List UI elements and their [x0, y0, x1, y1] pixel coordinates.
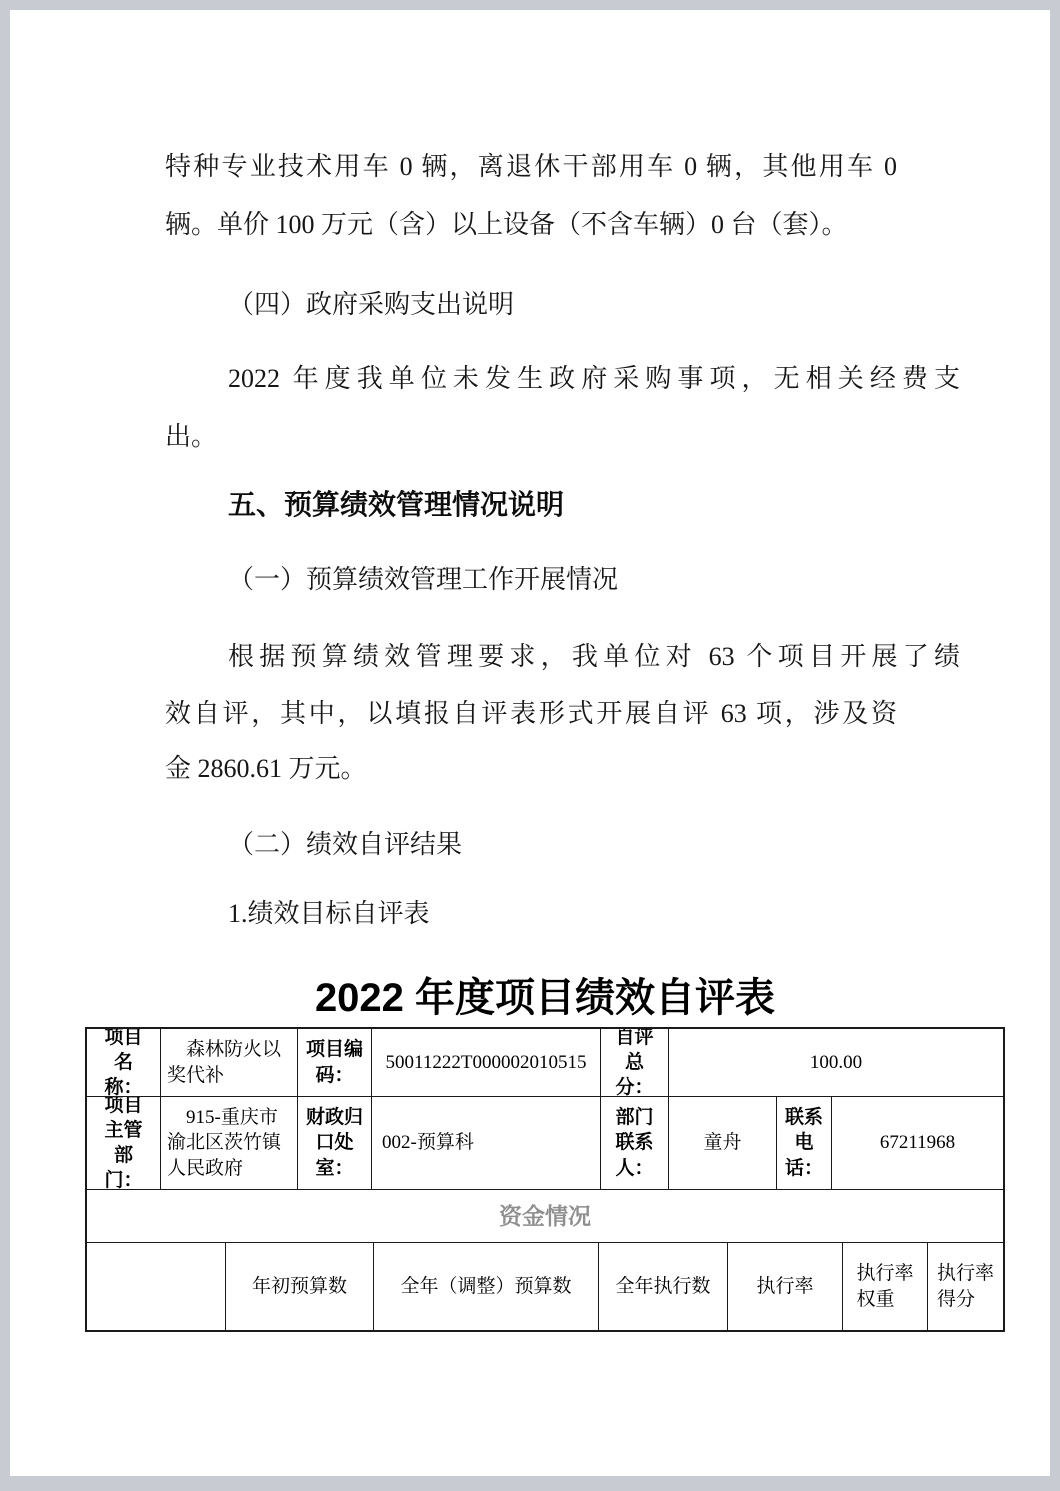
- column-header-execution-rate-weight: 执行率 权重: [842, 1243, 927, 1330]
- column-header-adjusted-budget: 全年（调整）预算数: [373, 1243, 598, 1330]
- column-header-empty: [87, 1243, 225, 1330]
- table-row: 项目 主管 部 门： 915-重庆市 渝北区茨竹镇 人民政府 财政归 口处 室：…: [87, 1096, 1003, 1189]
- dept-contact-label: 部门 联系 人：: [600, 1097, 668, 1189]
- subsection-heading-1: （一）预算绩效管理工作开展情况: [165, 563, 960, 597]
- section-heading-5: 五、预算绩效管理情况说明: [165, 488, 960, 522]
- project-name-label: 项目 名 称：: [87, 1029, 160, 1096]
- paragraph-line: 特种专业技术用车 0 辆，离退休干部用车 0 辆，其他用车 0: [165, 150, 897, 184]
- project-code-value: 50011222T000002010515: [371, 1029, 600, 1096]
- funding-section-header: 资金情况: [87, 1190, 1003, 1242]
- project-code-label: 项目编 码：: [297, 1029, 371, 1096]
- document-viewport: { "page": { "body_lines": [ "特种专业技术用车 0 …: [0, 0, 1060, 1491]
- column-header-execution-rate: 执行率: [727, 1243, 842, 1330]
- column-header-annual-execution: 全年执行数: [598, 1243, 727, 1330]
- table-row: 项目 名 称： 森林防火以 奖代补 项目编 码： 50011222T000002…: [87, 1029, 1003, 1096]
- section-heading-4: （四）政府采购支出说明: [165, 288, 960, 322]
- contact-phone-label: 联系 电 话：: [776, 1097, 831, 1189]
- column-header-execution-rate-score: 执行率 得分: [927, 1243, 1003, 1330]
- paragraph-line: 辆。单价 100 万元（含）以上设备（不含车辆）0 台（套）。: [165, 208, 897, 242]
- table-row: 资金情况: [87, 1189, 1003, 1242]
- paragraph-line: 金 2860.61 万元。: [165, 752, 897, 786]
- self-score-value: 100.00: [668, 1029, 1003, 1096]
- project-name-value: 森林防火以 奖代补: [160, 1029, 297, 1096]
- list-item-1: 1.绩效目标自评表: [165, 897, 960, 931]
- column-header-initial-budget: 年初预算数: [225, 1243, 373, 1330]
- supervising-dept-label: 项目 主管 部 门：: [87, 1097, 160, 1189]
- self-score-label: 自评 总 分：: [600, 1029, 668, 1096]
- table-row: 年初预算数 全年（调整）预算数 全年执行数 执行率 执行率 权重 执行率 得分: [87, 1242, 1003, 1330]
- supervising-dept-value: 915-重庆市 渝北区茨竹镇 人民政府: [160, 1097, 297, 1189]
- dept-contact-value: 童舟: [668, 1097, 776, 1189]
- finance-office-label: 财政归 口处 室：: [297, 1097, 371, 1189]
- paragraph-line: 根据预算绩效管理要求，我单位对 63 个项目开展了绩: [165, 640, 960, 674]
- performance-self-evaluation-table: 项目 名 称： 森林防火以 奖代补 项目编 码： 50011222T000002…: [85, 1027, 1005, 1332]
- finance-office-value: 002-预算科: [371, 1097, 600, 1189]
- paragraph-line: 2022 年度我单位未发生政府采购事项，无相关经费支: [165, 362, 960, 396]
- table-title: 2022 年度项目绩效自评表: [85, 966, 1005, 1023]
- paragraph-line: 效自评，其中，以填报自评表形式开展自评 63 项，涉及资: [165, 697, 897, 731]
- subsection-heading-2: （二）绩效自评结果: [165, 828, 960, 862]
- paragraph-line: 出。: [165, 420, 897, 454]
- document-page: 特种专业技术用车 0 辆，离退休干部用车 0 辆，其他用车 0 辆。单价 100…: [10, 10, 1050, 1476]
- contact-phone-value: 67211968: [831, 1097, 1003, 1189]
